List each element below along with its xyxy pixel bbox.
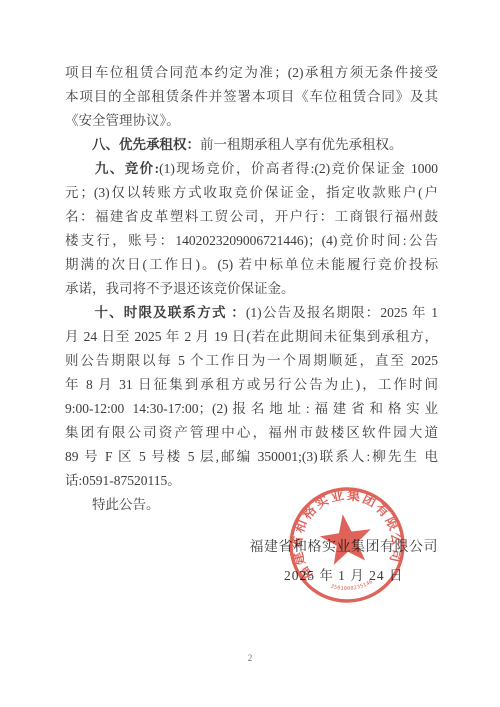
doc-line: 月 24 日至 2025 年 2 月 19 日(若在此期间未征集到承租方， [65,325,438,349]
doc-line-text: 项目车位租赁合同范本约定为准；(2)承租方须无条件接受 [65,65,438,80]
doc-line-text: 年 8 月 31 日征集到承租方或另行公告为止)，工作时间 [65,377,438,392]
doc-line: 名：福建省皮革塑料工贸公司，开户行：工商银行福州鼓 [65,205,438,229]
doc-line: 项目车位租赁合同范本约定为准；(2)承租方须无条件接受 [65,61,438,85]
doc-line: 楼支行，账号：1402023209006721446)；(4)竞价时间:公告 [65,229,438,253]
signature-date: 2025 年 1 月 24 日 [250,564,439,588]
doc-line-text [65,305,94,320]
doc-line: 十、时限及联系方式 ：(1)公告及报名期限：2025 年 1 [65,301,438,325]
doc-line-text: 名：福建省皮革塑料工贸公司，开户行：工商银行福州鼓 [65,209,438,224]
doc-line-text: 本项目的全部租赁条件并签署本项目《车位租赁合同》及其 [65,89,438,104]
doc-line-text: 月 24 日至 2025 年 2 月 19 日(若在此期间未征集到承租方， [65,329,438,344]
signature-company: 福建省和格实业集团有限公司 [250,536,439,560]
doc-line-text: 《安全管理协议》。 [65,113,180,128]
doc-line-text: 期满的次日(工作日)。(5) 若中标单位未能履行竞价投标 [65,257,438,272]
doc-line: 89 号 F 区 5 号楼 5 层,邮编 350001;(3)联系人:柳先生 电 [65,445,438,469]
document-page: 项目车位租赁合同范本约定为准；(2)承租方须无条件接受本项目的全部租赁条件并签署… [0,0,500,707]
document-lines: 项目车位租赁合同范本约定为准；(2)承租方须无条件接受本项目的全部租赁条件并签署… [65,61,438,517]
doc-line-heading: 八、优先承租权： [92,137,200,152]
doc-line: 《安全管理协议》。 [65,109,438,133]
doc-line-text: 承诺，我司将不予退还该竞价保证金。 [65,281,295,296]
signature-wrap: 福建省和格实业集团有限公司 2025 年 1 月 24 日 [250,536,439,588]
doc-line: 期满的次日(工作日)。(5) 若中标单位未能履行竞价投标 [65,253,438,277]
doc-line-text: (1)现场竞价，价高者得:(2)竞价保证金 1000 [159,161,438,176]
doc-line: 9:00-12:00 14:30-17:00；(2)报名地址:福建省和格实业 [65,397,438,421]
doc-line: 承诺，我司将不予退还该竞价保证金。 [65,277,438,301]
doc-line-text: 前一租期承租人享有优先承租权。 [200,137,403,152]
doc-line: 九、竞价:(1)现场竞价，价高者得:(2)竞价保证金 1000 [65,157,438,181]
doc-line-text [65,137,92,152]
doc-line-text: 集团有限公司资产管理中心，福州市鼓楼区软件园大道 [65,425,438,440]
doc-line: 集团有限公司资产管理中心，福州市鼓楼区软件园大道 [65,421,438,445]
doc-line: 元；(3)仅以转账方式收取竞价保证金，指定收款账户(户 [65,181,438,205]
doc-line: 话:0591-87520115。 [65,469,438,493]
doc-line-text: 89 号 F 区 5 号楼 5 层,邮编 350001;(3)联系人:柳先生 电 [65,449,438,464]
doc-line-text: 话:0591-87520115。 [65,473,181,488]
doc-line: 年 8 月 31 日征集到承租方或另行公告为止)，工作时间 [65,373,438,397]
doc-line-text: 则公告期限以每 5 个工作日为一个周期顺延，直至 2025 [65,353,438,368]
doc-line-text [65,161,95,176]
doc-line-text: 楼支行，账号：1402023209006721446)；(4)竞价时间:公告 [65,233,438,248]
doc-line: 八、优先承租权：前一租期承租人享有优先承租权。 [65,133,438,157]
doc-line-text: 元；(3)仅以转账方式收取竞价保证金，指定收款账户(户 [65,185,438,200]
doc-line-heading: 九、竞价: [95,161,159,176]
document-body: 项目车位租赁合同范本约定为准；(2)承租方须无条件接受本项目的全部租赁条件并签署… [65,61,438,588]
doc-line-text: 特此公告。 [65,497,160,512]
doc-line: 则公告期限以每 5 个工作日为一个周期顺延，直至 2025 [65,349,438,373]
doc-line: 本项目的全部租赁条件并签署本项目《车位租赁合同》及其 [65,85,438,109]
page-number: 2 [0,653,500,663]
signature-block: 福建省和格实业集团有限公司 2025 年 1 月 24 日 [65,536,438,588]
doc-line-heading: 十、时限及联系方式 ： [94,305,246,320]
doc-line-text: (1)公告及报名期限：2025 年 1 [246,305,438,320]
doc-line: 特此公告。 [65,493,438,517]
doc-line-text: 9:00-12:00 14:30-17:00；(2)报名地址:福建省和格实业 [65,401,438,416]
